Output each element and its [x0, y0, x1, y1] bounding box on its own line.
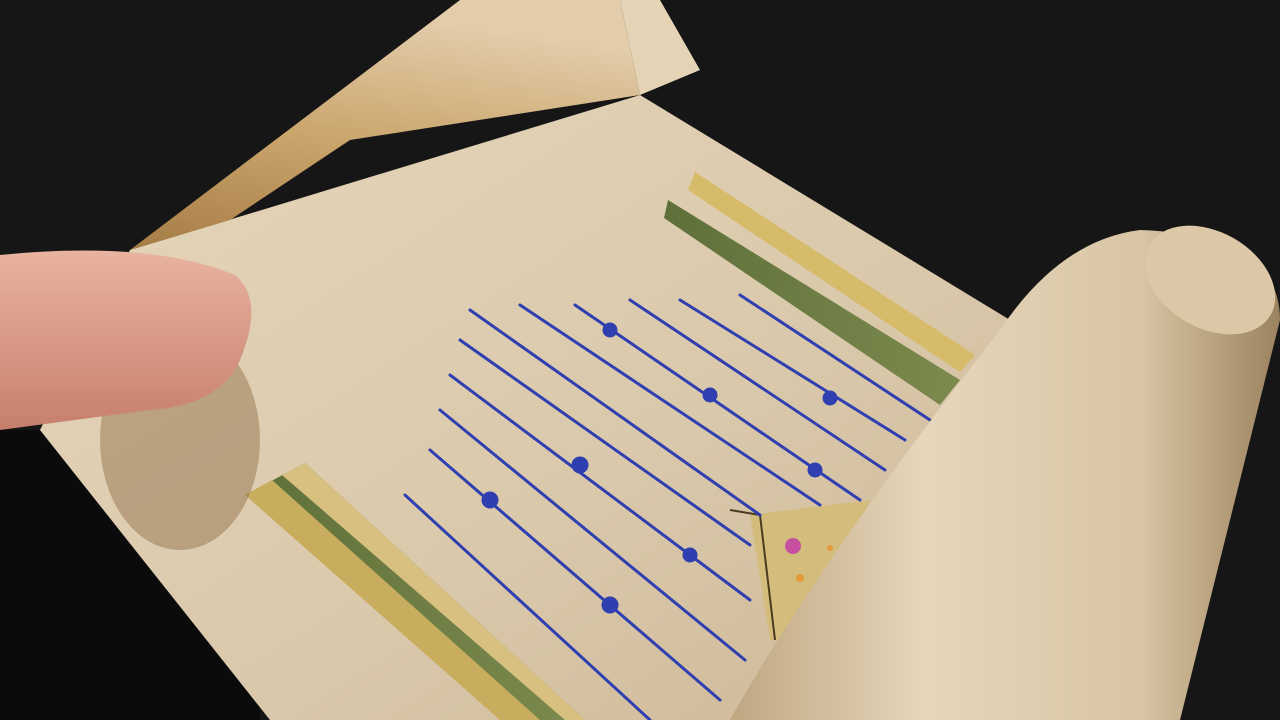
scroll-illustration: [0, 0, 1280, 720]
scroll-photo: [0, 0, 1280, 720]
